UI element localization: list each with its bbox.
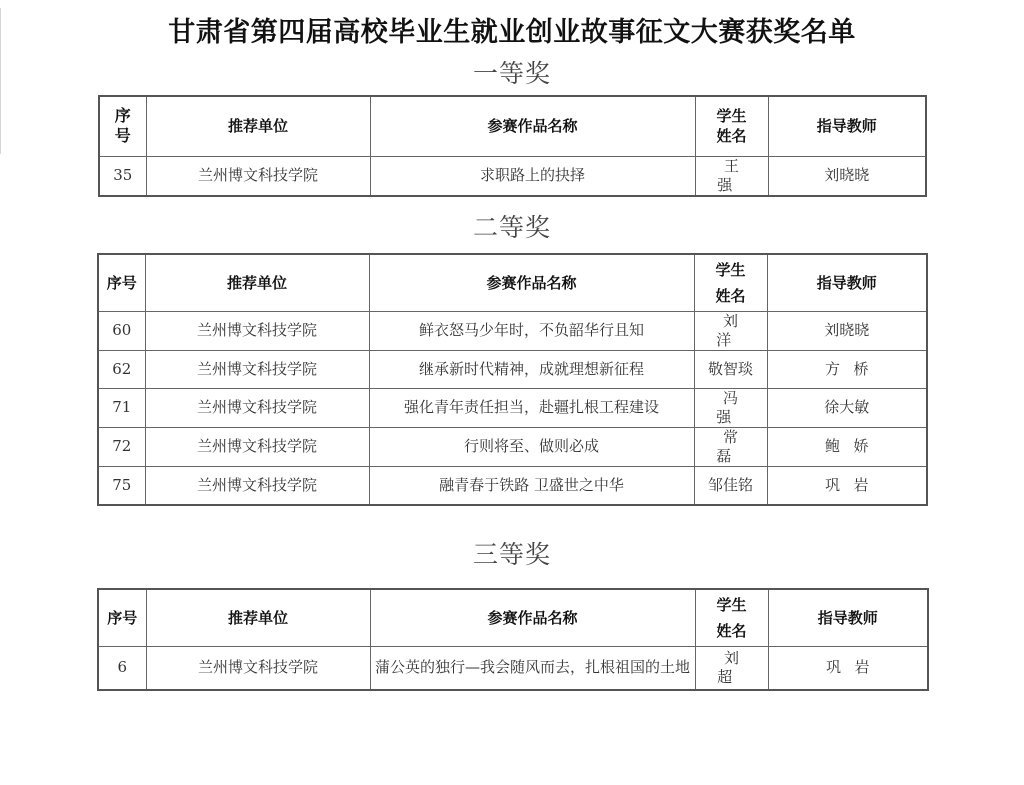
third-prize-table: 序号 推荐单位 参赛作品名称 学生 姓名 指导教师 6 兰州博文科技学院 蒲公英… — [97, 588, 929, 691]
cell-teacher: 巩岩 — [767, 466, 927, 505]
cell-teacher: 刘晓晓 — [768, 156, 926, 196]
cell-seq: 72 — [98, 427, 145, 466]
cell-seq: 60 — [98, 311, 145, 350]
cell-teacher: 徐大敏 — [767, 388, 927, 427]
cell-teacher: 鲍娇 — [767, 427, 927, 466]
cell-unit: 兰州博文科技学院 — [146, 156, 370, 196]
cell-student: 王强 — [695, 156, 768, 196]
col-header-work: 参赛作品名称 — [370, 96, 695, 156]
cell-work: 融青春于铁路 卫盛世之中华 — [369, 466, 694, 505]
cell-seq: 6 — [98, 646, 146, 690]
cell-student: 敬智琰 — [694, 350, 767, 388]
col-header-teacher: 指导教师 — [767, 254, 927, 311]
col-header-unit: 推荐单位 — [146, 589, 370, 646]
cell-student: 刘超 — [695, 646, 768, 690]
table-row: 35 兰州博文科技学院 求职路上的抉择 王强 刘晓晓 — [99, 156, 926, 196]
col-header-student-line2: 姓名 — [699, 283, 763, 309]
second-prize-heading: 二等奖 — [0, 208, 1024, 244]
table-row: 6 兰州博文科技学院 蒲公英的独行—我会随风而去，扎根祖国的土地 刘超 巩岩 — [98, 646, 928, 690]
cell-seq: 62 — [98, 350, 145, 388]
cell-unit: 兰州博文科技学院 — [145, 388, 369, 427]
table-header-row: 序 号 推荐单位 参赛作品名称 学生 姓名 指导教师 — [99, 96, 926, 156]
col-header-student: 学生 姓名 — [695, 589, 768, 646]
col-header-student-line2: 姓名 — [700, 618, 764, 644]
document-title: 甘肃省第四届高校毕业生就业创业故事征文大赛获奖名单 — [0, 10, 1024, 49]
cell-student: 冯强 — [694, 388, 767, 427]
col-header-seq: 序号 — [98, 589, 146, 646]
col-header-seq: 序号 — [98, 254, 145, 311]
col-header-unit: 推荐单位 — [145, 254, 369, 311]
cell-teacher: 巩岩 — [768, 646, 928, 690]
cell-student: 邹佳铭 — [694, 466, 767, 505]
cell-seq: 75 — [98, 466, 145, 505]
col-header-student-line2: 姓名 — [700, 126, 764, 146]
table-row: 60 兰州博文科技学院 鲜衣怒马少年时，不负韶华行且知 刘洋 刘晓晓 — [98, 311, 927, 350]
col-header-seq: 序 号 — [99, 96, 146, 156]
cell-student: 刘洋 — [694, 311, 767, 350]
col-header-student-line1: 学生 — [699, 257, 763, 283]
table-row: 75 兰州博文科技学院 融青春于铁路 卫盛世之中华 邹佳铭 巩岩 — [98, 466, 927, 505]
cell-unit: 兰州博文科技学院 — [146, 646, 370, 690]
cell-work: 行则将至、做则必成 — [369, 427, 694, 466]
cell-work: 强化青年责任担当，赴疆扎根工程建设 — [369, 388, 694, 427]
cell-unit: 兰州博文科技学院 — [145, 350, 369, 388]
table-row: 62 兰州博文科技学院 继承新时代精神，成就理想新征程 敬智琰 方桥 — [98, 350, 927, 388]
cell-teacher: 方桥 — [767, 350, 927, 388]
col-header-seq-line2: 号 — [100, 126, 146, 146]
cell-teacher: 刘晓晓 — [767, 311, 927, 350]
col-header-seq-line1: 序 — [100, 106, 146, 126]
col-header-student-line1: 学生 — [700, 592, 764, 618]
cell-work: 求职路上的抉择 — [370, 156, 695, 196]
cell-work: 鲜衣怒马少年时，不负韶华行且知 — [369, 311, 694, 350]
col-header-student: 学生 姓名 — [695, 96, 768, 156]
first-prize-heading: 一等奖 — [0, 54, 1024, 90]
cell-unit: 兰州博文科技学院 — [145, 311, 369, 350]
table-header-row: 序号 推荐单位 参赛作品名称 学生 姓名 指导教师 — [98, 589, 928, 646]
cell-student: 常磊 — [694, 427, 767, 466]
col-header-student: 学生 姓名 — [694, 254, 767, 311]
second-prize-table: 序号 推荐单位 参赛作品名称 学生 姓名 指导教师 60 兰州博文科技学院 鲜衣… — [97, 253, 928, 506]
cell-seq: 35 — [99, 156, 146, 196]
col-header-work: 参赛作品名称 — [369, 254, 694, 311]
cell-work: 继承新时代精神，成就理想新征程 — [369, 350, 694, 388]
third-prize-heading: 三等奖 — [0, 535, 1024, 571]
cell-unit: 兰州博文科技学院 — [145, 427, 369, 466]
col-header-teacher: 指导教师 — [768, 96, 926, 156]
cell-unit: 兰州博文科技学院 — [145, 466, 369, 505]
col-header-teacher: 指导教师 — [768, 589, 928, 646]
table-header-row: 序号 推荐单位 参赛作品名称 学生 姓名 指导教师 — [98, 254, 927, 311]
col-header-student-line1: 学生 — [700, 106, 764, 126]
first-prize-table: 序 号 推荐单位 参赛作品名称 学生 姓名 指导教师 35 兰州博文科技学院 求… — [98, 95, 927, 197]
table-row: 72 兰州博文科技学院 行则将至、做则必成 常磊 鲍娇 — [98, 427, 927, 466]
col-header-unit: 推荐单位 — [146, 96, 370, 156]
cell-work: 蒲公英的独行—我会随风而去，扎根祖国的土地 — [370, 646, 695, 690]
table-row: 71 兰州博文科技学院 强化青年责任担当，赴疆扎根工程建设 冯强 徐大敏 — [98, 388, 927, 427]
cell-seq: 71 — [98, 388, 145, 427]
col-header-work: 参赛作品名称 — [370, 589, 695, 646]
